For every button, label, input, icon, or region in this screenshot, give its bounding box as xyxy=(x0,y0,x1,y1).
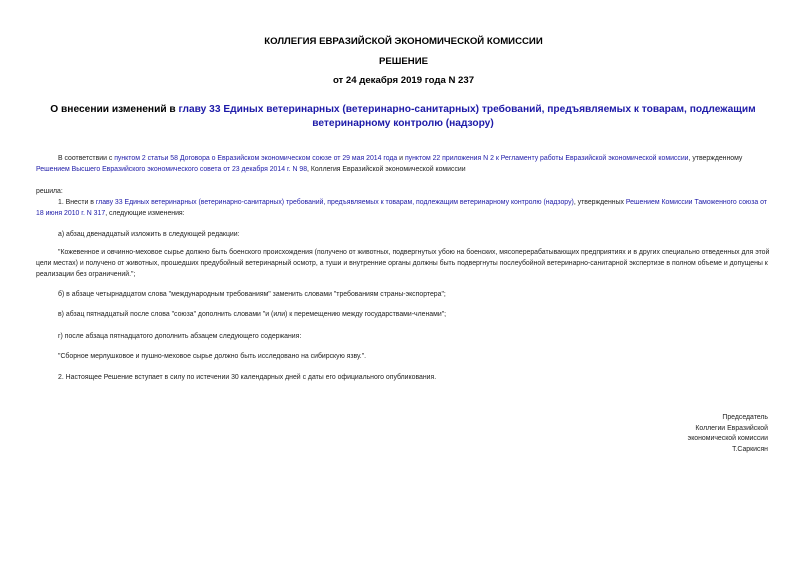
signature-body-2: экономической комиссии xyxy=(688,434,768,445)
item-1-text-3: , следующие изменения: xyxy=(105,210,184,217)
title-prefix: О внесении изменений в xyxy=(50,104,178,115)
subitem-v: в) абзац пятнадцатый после слова "союза"… xyxy=(36,309,770,320)
organization-heading: КОЛЛЕГИЯ ЕВРАЗИЙСКОЙ ЭКОНОМИЧЕСКОЙ КОМИС… xyxy=(0,36,807,48)
document-type-heading: РЕШЕНИЕ xyxy=(0,56,807,68)
preamble-text-4: , Коллегия Евразийской экономической ком… xyxy=(307,166,466,173)
item-1-paragraph: 1. Внести в главу 33 Единых ветеринарных… xyxy=(36,197,770,219)
preamble-text-2: и xyxy=(397,155,405,162)
subitem-a-quote: "Кожевенное и овчинно-меховое сырье долж… xyxy=(36,247,770,280)
item-2-paragraph: 2. Настоящее Решение вступает в силу по … xyxy=(36,372,770,383)
preamble-text-3: , утвержденному xyxy=(689,155,743,162)
preamble-paragraph: В соответствии с пунктом 2 статьи 58 Дог… xyxy=(36,153,770,175)
preamble-text-1: В соответствии с xyxy=(58,155,114,162)
document-date-number: от 24 декабря 2019 года N 237 xyxy=(0,75,807,87)
subitem-g-quote: "Сборное мерлушковое и пушно-меховое сыр… xyxy=(36,351,770,362)
subitem-b: б) в абзаце четырнадцатом слова "междуна… xyxy=(36,289,770,300)
signature-body: Коллегии Евразийской xyxy=(688,424,768,435)
regulation-link[interactable]: пунктом 22 приложения N 2 к Регламенту р… xyxy=(405,155,689,162)
document-title: О внесении изменений в главу 33 Единых в… xyxy=(36,103,770,131)
treaty-article-link[interactable]: пунктом 2 статьи 58 Договора о Евразийск… xyxy=(114,155,397,162)
decided-label: решила: xyxy=(36,186,770,197)
supreme-council-decision-link[interactable]: Решением Высшего Евразийского экономичес… xyxy=(36,166,307,173)
signature-name: Т.Саркисян xyxy=(688,445,768,456)
item-1-text-2: , утвержденных xyxy=(574,199,626,206)
signature-block: Председатель Коллегии Евразийской эконом… xyxy=(688,413,768,455)
chapter-33-link[interactable]: главу 33 Единых ветеринарных (ветеринарн… xyxy=(96,199,574,206)
subitem-a: а) абзац двенадцатый изложить в следующе… xyxy=(36,229,770,240)
item-1-text-1: 1. Внести в xyxy=(58,199,96,206)
subitem-g: г) после абзаца пятнадцатого дополнить а… xyxy=(36,331,770,342)
title-link[interactable]: главу 33 Единых ветеринарных (ветеринарн… xyxy=(179,104,756,129)
signature-title: Председатель xyxy=(688,413,768,424)
